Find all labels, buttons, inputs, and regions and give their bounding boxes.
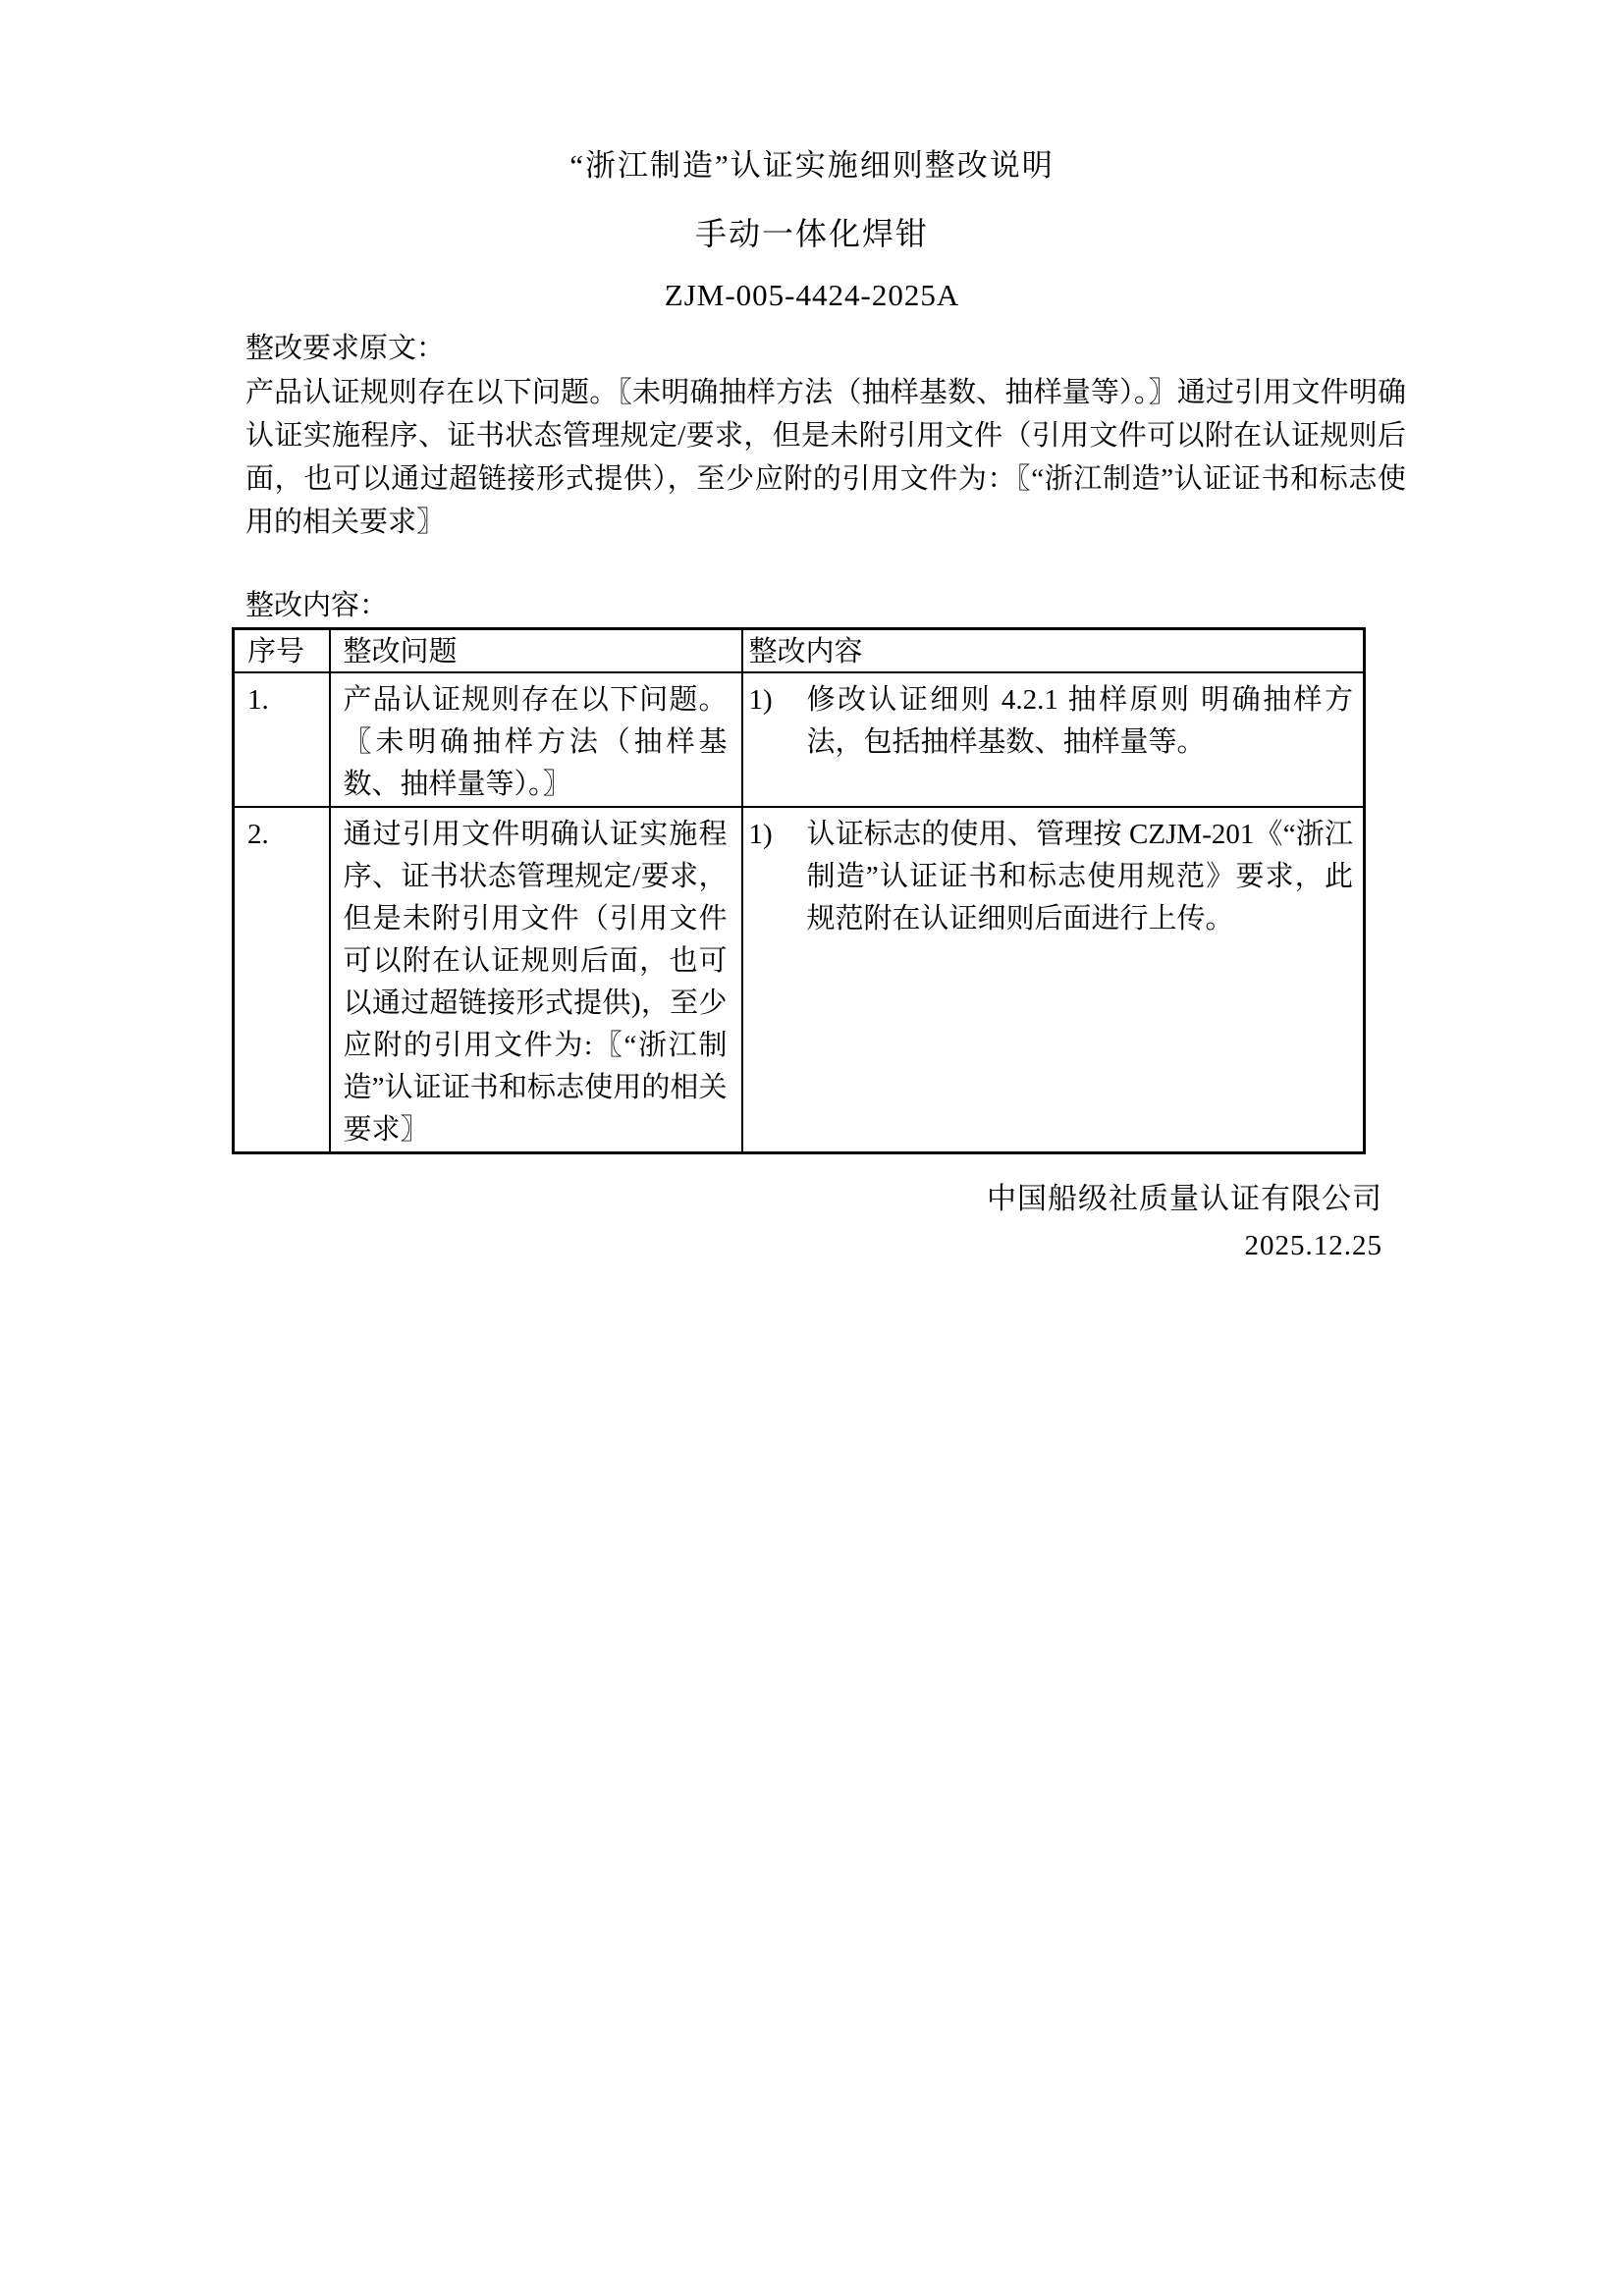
doc-subtitle: 手动一体化焊钳 [0,214,1624,253]
list-text: 认证标志的使用、管理按 CZJM-201《“浙江制造”认证证书和标志使用规范》要… [807,814,1354,940]
problem-text: 通过引用文件明确认证实施程序、证书状态管理规定/要求，但是未附引用文件（引用文件… [344,814,728,1151]
list-item: 1) 修改认证细则 4.2.1 抽样原则 明确抽样方法，包括抽样基数、抽样量等。 [749,679,1354,764]
header-problem: 整改问题 [330,629,742,673]
header-serial-number: 序号 [234,629,330,673]
content-cell: 1) 修改认证细则 4.2.1 抽样原则 明确抽样方法，包括抽样基数、抽样量等。 [742,672,1365,807]
doc-title: “浙江制造”认证实施细则整改说明 [0,146,1624,186]
rectification-content-label: 整改内容： [245,587,388,624]
original-requirement-text: 产品认证规则存在以下问题。〖未明确抽样方法（抽样基数、抽样量等）。〗通过引用文件… [245,371,1406,544]
footer-date: 2025.12.25 [1245,1227,1383,1264]
footer-company-name: 中国船级社质量认证有限公司 [987,1180,1382,1219]
header-content: 整改内容 [742,629,1365,673]
doc-number: ZJM-005-4424-2025A [0,277,1624,314]
original-requirement-label: 整改要求原文： [245,330,445,367]
table-row: 2. 通过引用文件明确认证实施程序、证书状态管理规定/要求，但是未附引用文件（引… [234,807,1365,1153]
content-cell: 1) 认证标志的使用、管理按 CZJM-201《“浙江制造”认证证书和标志使用规… [742,807,1365,1153]
problem-cell: 产品认证规则存在以下问题。〖未明确抽样方法（抽样基数、抽样量等）。〗 [330,672,742,807]
problem-cell: 通过引用文件明确认证实施程序、证书状态管理规定/要求，但是未附引用文件（引用文件… [330,807,742,1153]
document-page: “浙江制造”认证实施细则整改说明 手动一体化焊钳 ZJM-005-4424-20… [0,0,1624,2296]
rectification-table: 序号 整改问题 整改内容 1. 产品认证规则存在以下问题。〖未明确抽样方法（抽样… [232,627,1366,1154]
row-serial-number: 2. [234,807,330,1153]
list-item: 1) 认证标志的使用、管理按 CZJM-201《“浙江制造”认证证书和标志使用规… [749,814,1354,940]
problem-text: 产品认证规则存在以下问题。〖未明确抽样方法（抽样基数、抽样量等）。〗 [344,679,728,806]
table-row: 1. 产品认证规则存在以下问题。〖未明确抽样方法（抽样基数、抽样量等）。〗 1)… [234,672,1365,807]
list-marker: 1) [749,814,807,856]
table-header-row: 序号 整改问题 整改内容 [234,629,1365,673]
list-marker: 1) [749,679,807,721]
row-serial-number: 1. [234,672,330,807]
list-text: 修改认证细则 4.2.1 抽样原则 明确抽样方法，包括抽样基数、抽样量等。 [807,679,1354,764]
